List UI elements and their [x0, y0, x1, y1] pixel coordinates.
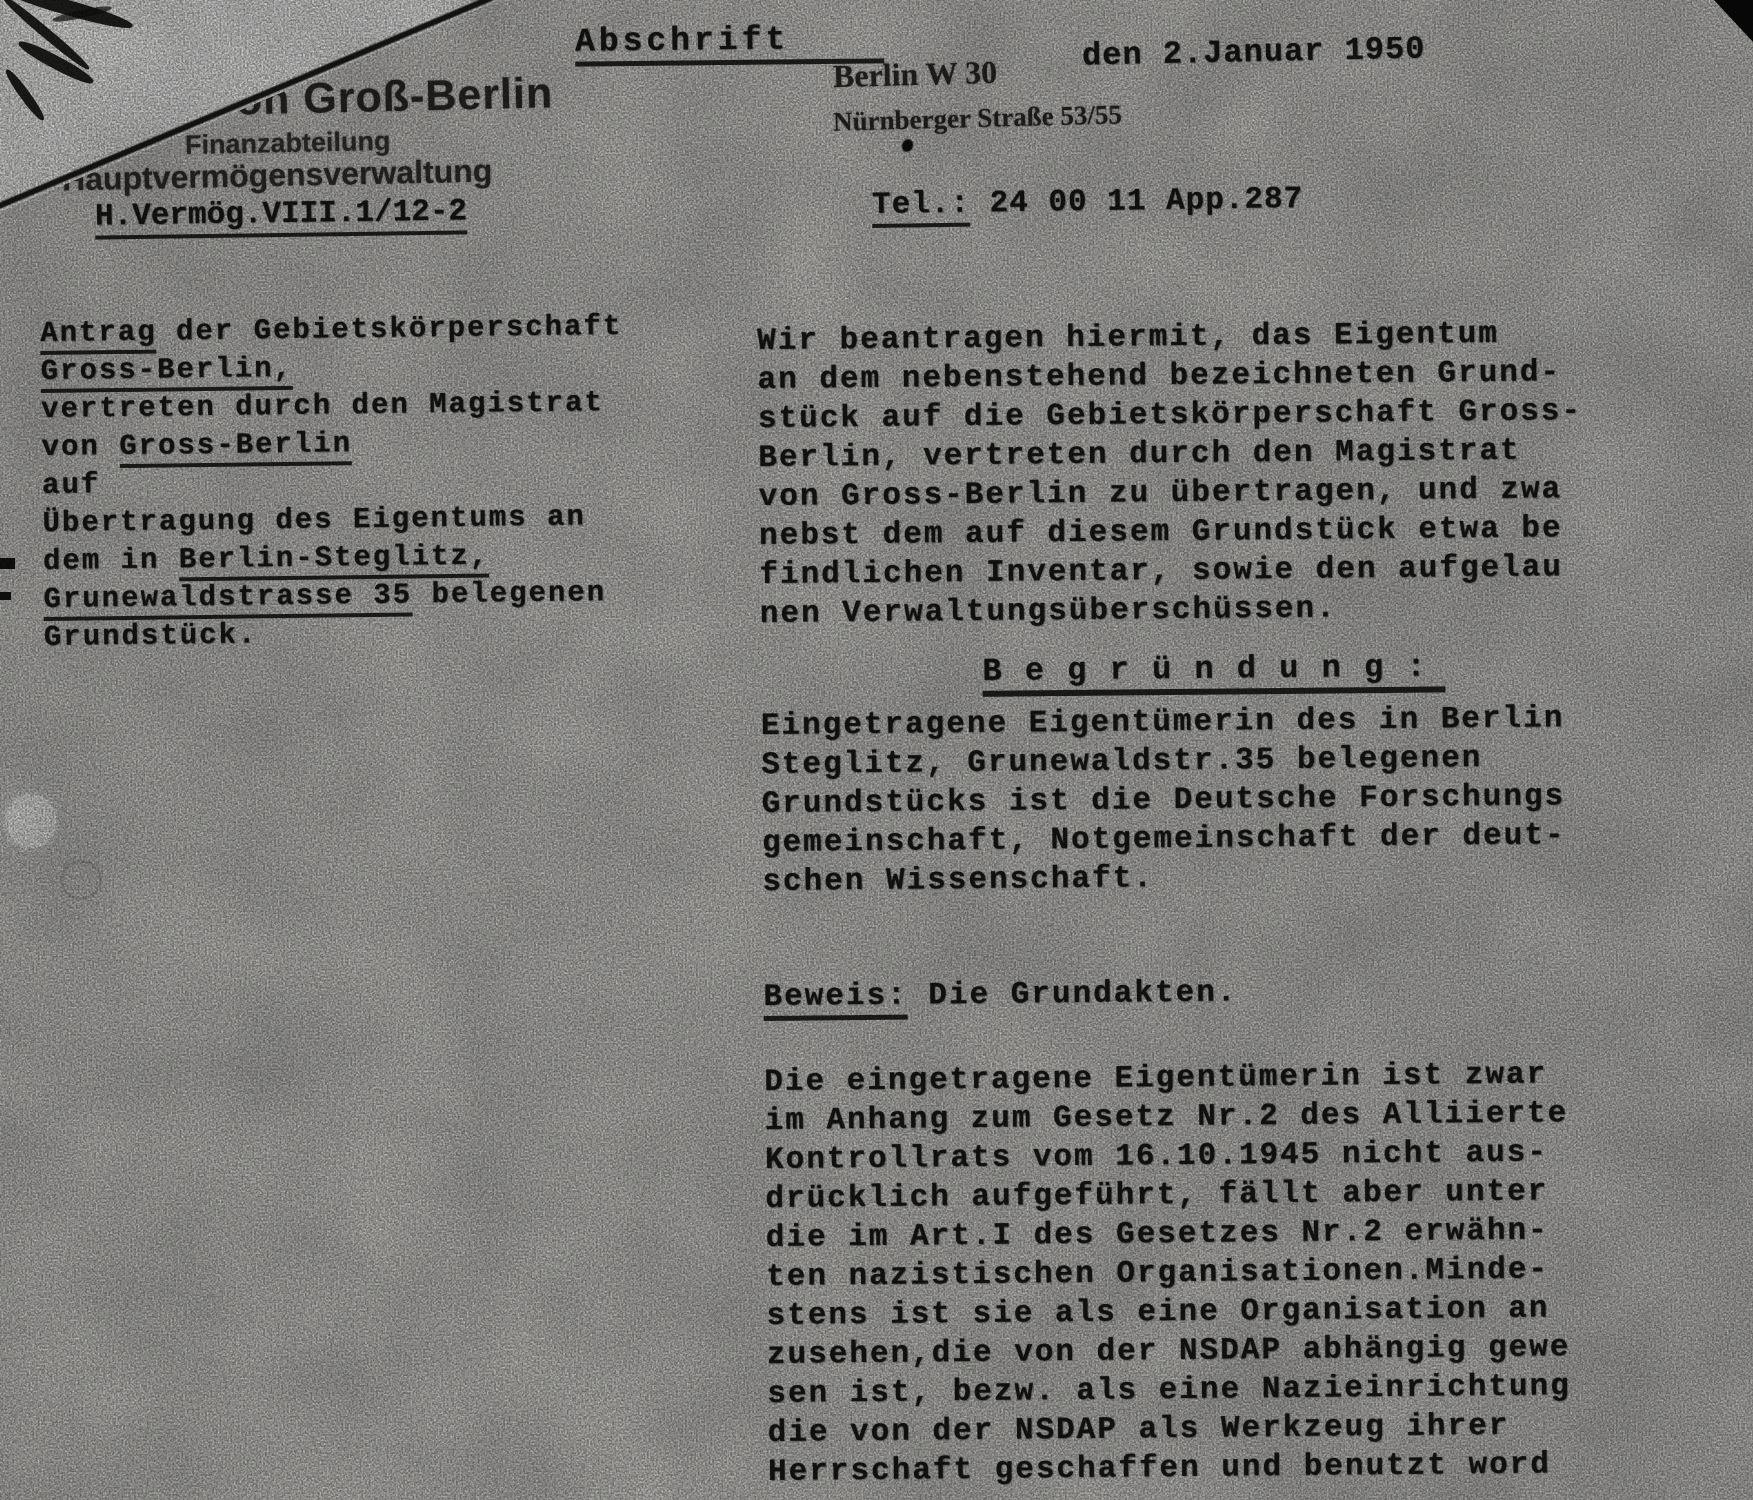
text-segment: gemeinschaft, Notgemeinschaft der deut- [762, 818, 1566, 861]
text-segment: sen ist, bezw. als eine Nazieinrichtung [767, 1369, 1571, 1412]
text-segment: Beweis: [763, 979, 908, 1021]
text-segment: Kontrollrats vom 16.10.1945 nicht aus- [765, 1135, 1548, 1178]
phone-line: Tel.: 24 00 11 App.287 [872, 182, 1304, 223]
paragraph-request: Wir beantragen hiermit, das Eigentuman d… [757, 311, 1753, 634]
text-segment: findlichen Inventar, sowie den aufgelau [759, 550, 1563, 593]
text-segment: stück auf die Gebietskörperschaft Gross- [758, 394, 1582, 437]
ring-stain [60, 860, 102, 900]
text-segment: an dem nebenstehend bezeichneten Grund- [757, 355, 1561, 398]
text-segment: Berlin-Steglitz, [179, 540, 490, 582]
text-segment: schen Wissenschaft. [762, 861, 1154, 900]
scanned-document-page: Abschrift rat von Groß-Berlin Finanzabte… [0, 0, 1753, 1500]
text-segment: Herrschaft geschaffen und benutzt word [768, 1447, 1551, 1490]
section-heading: B e g r ü n d u n g : [982, 643, 1753, 690]
body-column: Wir beantragen hiermit, das Eigentuman d… [757, 311, 1753, 1492]
text-segment: vertreten durch den Magistrat [41, 386, 604, 426]
text-segment: Übertragung des Eigentums an [42, 500, 586, 540]
text-segment: nebst dem auf diesem Grundstück etwa be [759, 511, 1563, 554]
edge-mark [0, 558, 15, 569]
ink-blot [900, 138, 915, 154]
text-segment: Berlin, vertreten durch den Magistrat [758, 434, 1521, 476]
text-segment: Die eingetragene Eigentümerin ist zwar [764, 1057, 1547, 1100]
document-date: den 2.Januar 1950 [1082, 30, 1426, 74]
text-line: Beweis: Die Grundakten. [763, 967, 1753, 1017]
file-reference-text: H.Vermög.VIII.1/12-2 [95, 194, 468, 239]
hole-punch [6, 794, 56, 848]
text-segment: belegenen [412, 576, 606, 611]
subject-block: Antrag der GebietskörperschaftGross-Berl… [40, 308, 626, 657]
phone-label: Tel.: [872, 187, 971, 228]
text-line: Grundstück. [44, 612, 627, 657]
phone-number: 24 00 11 App.287 [970, 182, 1304, 222]
text-segment: zusehen,die von der NSDAP abhängig gewe [767, 1330, 1571, 1373]
text-segment: Steglitz, Grunewaldstr.35 belegenen [761, 741, 1482, 783]
text-line: Antrag der Gebietskörperschaft [40, 308, 623, 353]
text-segment: dem in [43, 543, 179, 578]
text-segment: die von der NSDAP als Werkzeug ihrer [768, 1409, 1510, 1451]
address-city: Berlin W 30 [833, 54, 998, 95]
section-heading-text: B e g r ü n d u n g : [982, 648, 1446, 696]
text-segment: die im Art.I des Gesetzes Nr.2 erwähn- [766, 1213, 1549, 1256]
file-reference: H.Vermög.VIII.1/12-2 [95, 194, 468, 234]
text-segment: drücklich aufgeführt, fällt aber unter [765, 1174, 1548, 1217]
text-segment: ten nazistischen Organisationen.Minde- [766, 1252, 1549, 1295]
text-segment: von [41, 430, 119, 464]
text-line: Grunewaldstrasse 35 belegenen [43, 574, 626, 619]
text-segment: Gross-Berlin, [40, 352, 293, 393]
text-segment: Grundstück. [44, 618, 258, 654]
copy-label: Abschrift [575, 20, 885, 60]
text-segment: nen Verwaltungsüberschüssen. [760, 591, 1337, 632]
text-segment: Wir beantragen hiermit, das Eigentum [757, 317, 1499, 359]
text-segment: der Gebietskörperschaft [156, 310, 622, 349]
proof-line: Beweis: Die Grundakten. [763, 967, 1753, 1017]
text-segment: Gross-Berlin [119, 427, 352, 468]
text-segment: Grundstücks ist die Deutsche Forschungs [761, 779, 1565, 822]
scan-corner-shadow [1703, 0, 1753, 42]
paragraph-owner: Eingetragene Eigentümerin des in BerlinS… [761, 696, 1753, 902]
text-segment: Grunewaldstrasse 35 [43, 578, 412, 621]
text-line: vertreten durch den Magistrat [41, 384, 624, 429]
text-segment: im Anhang zum Gesetz Nr.2 des Alliierte [765, 1096, 1569, 1139]
letterhead-division: Hauptvermögensverwaltung [62, 152, 493, 198]
text-segment: Die Grundakten. [908, 975, 1238, 1013]
text-segment: Eingetragene Eigentümerin des in Berlin [761, 701, 1565, 744]
paragraph-legal: Die eingetragene Eigentümerin ist zwarim… [764, 1052, 1753, 1492]
address-street: Nürnberger Straße 53/55 [833, 99, 1123, 138]
edge-mark [0, 592, 11, 600]
text-line: Übertragung des Eigentums an [42, 498, 625, 543]
text-segment: Antrag [40, 316, 157, 355]
text-segment: von Gross-Berlin zu übertragen, und zwa [759, 472, 1563, 515]
text-segment: auf [42, 468, 101, 502]
text-segment: stens ist sie als eine Organisation an [766, 1291, 1549, 1334]
